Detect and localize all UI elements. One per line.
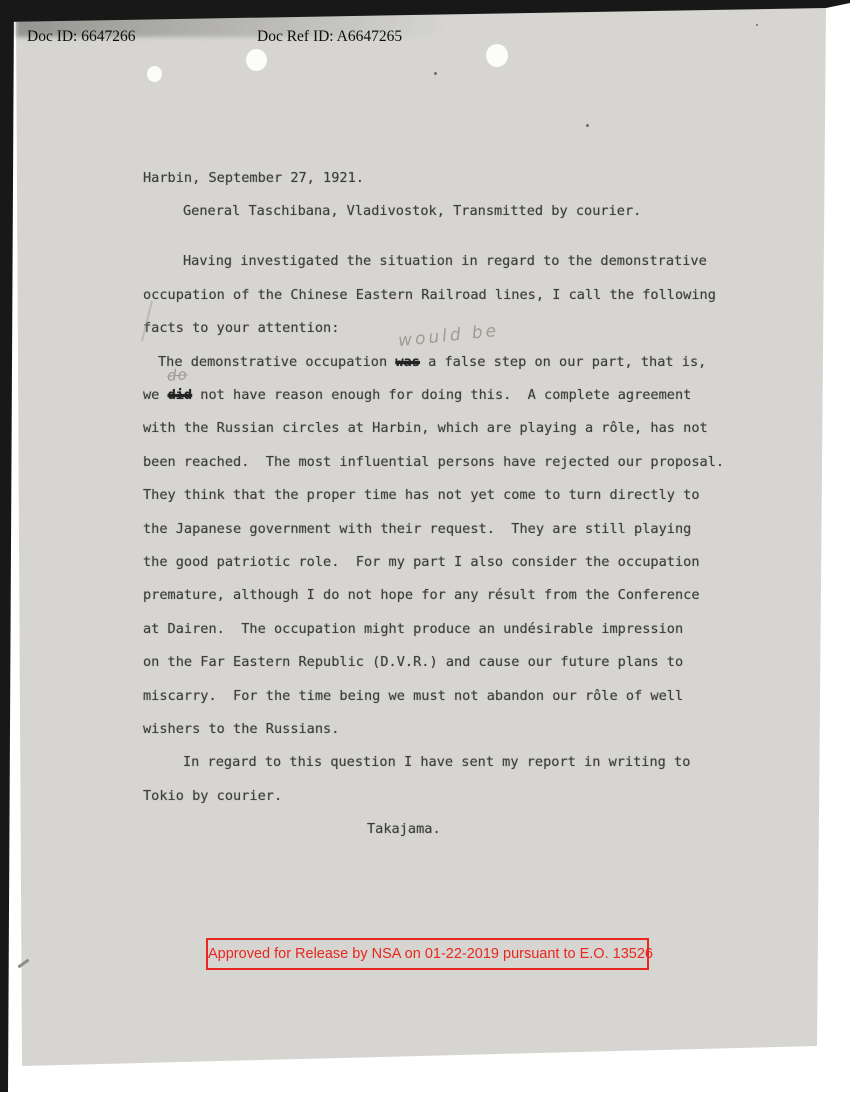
- letter-line: Takajama.: [143, 813, 793, 846]
- letter-line: Harbin, September 27, 1921.: [143, 162, 793, 195]
- typewritten-text: They think that the proper time has not …: [143, 487, 700, 503]
- release-approval-stamp: Approved for Release by NSA on 01-22-201…: [206, 938, 649, 970]
- dust-speck: [434, 72, 437, 75]
- typewritten-text: miscarry. For the time being we must not…: [143, 688, 683, 704]
- doc-id-label: Doc ID: 6647266: [27, 28, 136, 46]
- punch-hole: [147, 66, 162, 82]
- typewritten-text: facts to your attention:: [143, 320, 339, 336]
- typewritten-text: with the Russian circles at Harbin, whic…: [143, 420, 708, 436]
- typewritten-text: premature, although I do not hope for an…: [143, 587, 700, 603]
- letter-line: wishers to the Russians.: [143, 713, 793, 746]
- typewritten-text: the Japanese government with their reque…: [143, 521, 691, 537]
- typewritten-text: Having investigated the situation in reg…: [183, 253, 707, 269]
- letter-line: been reached. The most influential perso…: [143, 446, 793, 479]
- letter-line: premature, although I do not hope for an…: [143, 579, 793, 612]
- punch-hole: [246, 49, 267, 71]
- typewritten-text: at Dairen. The occupation might produce …: [143, 621, 683, 637]
- typewritten-text: wishers to the Russians.: [143, 721, 339, 737]
- typewritten-text: on the Far Eastern Republic (D.V.R.) and…: [143, 654, 683, 670]
- scanned-document-page: Doc ID: 6647266 Doc Ref ID: A6647265 Har…: [0, 0, 850, 1100]
- letter-line: Having investigated the situation in reg…: [143, 245, 793, 278]
- typewritten-text: Harbin, September 27, 1921.: [143, 170, 364, 186]
- letter-body: Harbin, September 27, 1921.General Tasch…: [143, 162, 793, 847]
- typewritten-text: General Taschibana, Vladivostok, Transmi…: [183, 203, 641, 219]
- typewritten-text: not have reason enough for doing this. A…: [192, 387, 691, 403]
- letter-line: occupation of the Chinese Eastern Railro…: [143, 279, 793, 312]
- letter-line: Tokio by courier.: [143, 780, 793, 813]
- typewritten-text: the good patriotic role. For my part I a…: [143, 554, 700, 570]
- scan-left-black-bar: [0, 0, 15, 1092]
- dust-speck: [756, 24, 758, 26]
- struck-out-word: was: [395, 354, 420, 370]
- letter-line: General Taschibana, Vladivostok, Transmi…: [143, 195, 793, 228]
- typewritten-text: Takajama.: [367, 821, 441, 837]
- letter-line: the Japanese government with their reque…: [143, 513, 793, 546]
- typewritten-text: Tokio by courier.: [143, 788, 282, 804]
- typewritten-text: occupation of the Chinese Eastern Railro…: [143, 287, 716, 303]
- punch-hole: [486, 44, 508, 67]
- typewritten-text: The demonstrative occupation: [158, 354, 395, 370]
- struck-out-word: did: [168, 387, 193, 403]
- handwritten-correction-do: do: [166, 365, 188, 384]
- letter-line: with the Russian circles at Harbin, whic…: [143, 412, 793, 445]
- typewritten-text: we: [143, 387, 168, 403]
- letter-line: on the Far Eastern Republic (D.V.R.) and…: [143, 646, 793, 679]
- typewritten-text: been reached. The most influential perso…: [143, 454, 724, 470]
- letter-line: the good patriotic role. For my part I a…: [143, 546, 793, 579]
- letter-line: In regard to this question I have sent m…: [143, 746, 793, 779]
- letter-line: we did not have reason enough for doing …: [143, 379, 793, 412]
- letter-line: The demonstrative occupation was a false…: [143, 346, 793, 379]
- typewritten-text: In regard to this question I have sent m…: [183, 754, 690, 770]
- doc-ref-id-label: Doc Ref ID: A6647265: [257, 28, 402, 46]
- letter-line: miscarry. For the time being we must not…: [143, 680, 793, 713]
- letter-line: They think that the proper time has not …: [143, 479, 793, 512]
- letter-line: at Dairen. The occupation might produce …: [143, 613, 793, 646]
- dust-speck: [586, 124, 589, 127]
- typewritten-text: a false step on our part, that is,: [420, 354, 706, 370]
